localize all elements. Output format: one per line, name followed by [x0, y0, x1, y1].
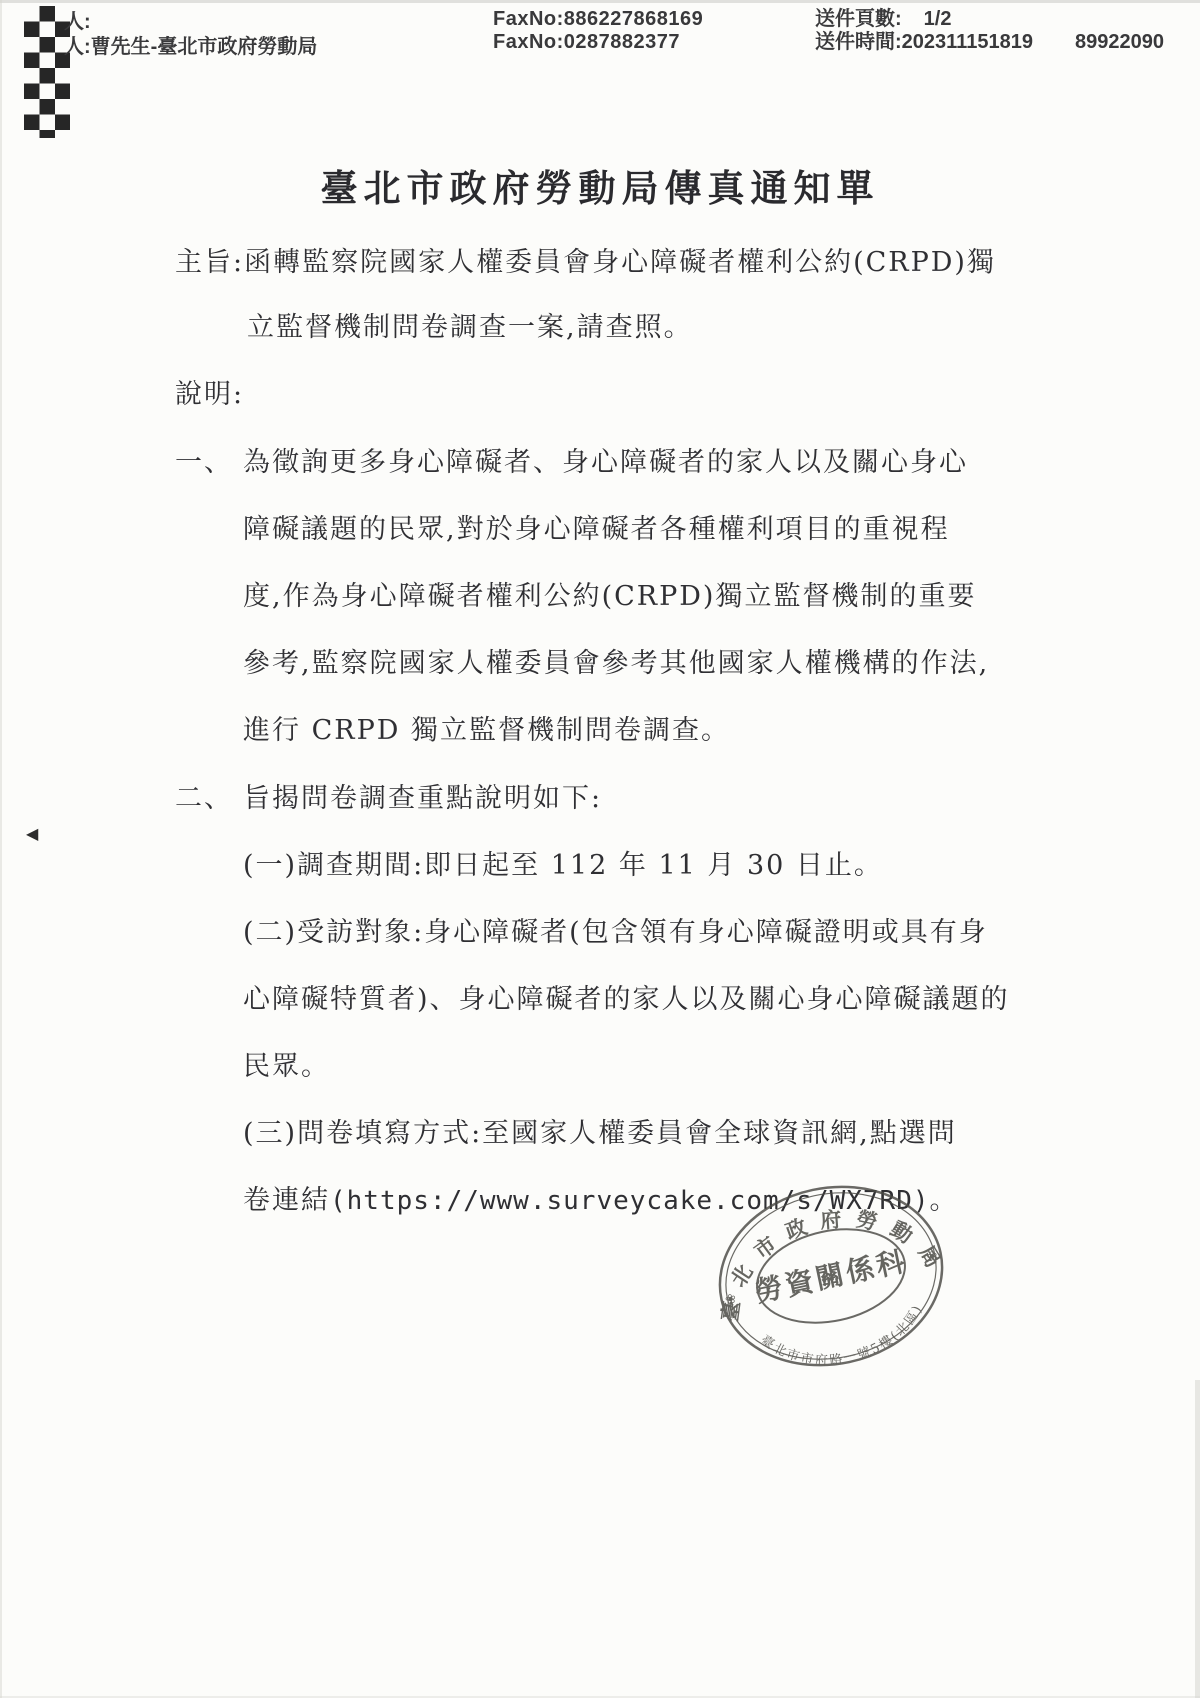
- item2-sub3-line-1: (三)問卷填寫方式:至國家人權委員會全球資訊網,點選問: [243, 1111, 957, 1150]
- subject-line-1: 主旨:函轉監察院國家人權委員會身心障礙者權利公約(CRPD)獨: [175, 240, 996, 279]
- item1-line-2: 障礙議題的民眾,對於身心障礙者各種權利項目的重視程: [243, 507, 950, 546]
- fax-pages-row: 送件頁數:1/2: [815, 8, 1164, 31]
- subject-line-2: 立監督機制問卷調查一案,請查照。: [247, 305, 693, 344]
- item1-line-4: 參考,監察院國家人權委員會參考其他國家人權機構的作法,: [243, 641, 989, 680]
- item2-heading: 旨揭問卷調查重點說明如下:: [243, 776, 602, 815]
- fax-number-line-1: FaxNo:886227868169: [493, 8, 703, 31]
- fax-recipient-line: 人:: [64, 10, 317, 35]
- fax-header-meta: 送件頁數:1/2 送件時間:20231115181989922090: [815, 8, 1164, 54]
- item1-line-3: 度,作為身心障礙者權利公約(CRPD)獨立監督機制的重要: [243, 574, 976, 613]
- fax-ref-number: 89922090: [1075, 31, 1164, 53]
- fax-time-label: 送件時間:: [815, 31, 902, 53]
- scan-edge-top: [0, 0, 1200, 3]
- svg-text:臺北市市府路一號5樓(北區): 臺北市市府路一號5樓(北區): [755, 1299, 934, 1384]
- document-title: 臺北市政府勞動局傳真通知單: [0, 158, 1200, 212]
- fax-pages-label: 送件頁數:: [815, 8, 902, 30]
- fax-time-value: 202311151819: [902, 31, 1033, 53]
- fax-document-page: ◀ 人: 人:曹先生-臺北市政府勞動局 FaxNo:886227868169 F…: [0, 0, 1200, 1698]
- fax-header-numbers: FaxNo:886227868169 FaxNo:0287882377: [493, 8, 703, 54]
- item2-sub2-line-1: (二)受訪對象:身心障礙者(包含領有身心障礙證明或具有身: [243, 910, 988, 949]
- item2-sub2-line-3: 民眾。: [243, 1044, 330, 1083]
- fax-number-line-2: FaxNo:0287882377: [493, 31, 703, 54]
- item2-marker: 二、: [175, 776, 233, 815]
- explanation-label: 說明:: [175, 372, 244, 411]
- item2-sub1: (一)調查期間:即日起至 112 年 11 月 30 日止。: [243, 843, 883, 882]
- fax-pages-value: 1/2: [924, 8, 952, 30]
- fax-header-parties: 人: 人:曹先生-臺北市政府勞動局: [64, 10, 317, 60]
- stamp-arc-bottom-text: 臺北市市府路一號5樓(北區): [755, 1299, 934, 1384]
- fax-time-row: 送件時間:20231115181989922090: [815, 31, 1164, 54]
- item1-marker: 一、: [175, 440, 233, 479]
- item2-sub2-line-2: 心障礙特質者)、身心障礙者的家人以及關心身心障礙議題的: [243, 977, 1010, 1016]
- item1-line-5: 進行 CRPD 獨立監督機制問卷調查。: [243, 708, 730, 747]
- fax-artifact-triangle-icon: ◀: [26, 826, 38, 842]
- survey-link-prefix: 卷連結: [243, 1185, 330, 1216]
- item1-line-1: 為徵詢更多身心障礙者、身心障礙者的家人以及關心身心: [243, 440, 968, 479]
- scan-edge-left: [0, 0, 2, 1698]
- department-stamp: 臺北市政府勞動局 臺北市市府路一號5樓(北區) 勞資關係科 ❀ ❀: [706, 1158, 956, 1394]
- fax-sender-line: 人:曹先生-臺北市政府勞動局: [64, 35, 317, 60]
- scan-edge-right: [1195, 1380, 1200, 1698]
